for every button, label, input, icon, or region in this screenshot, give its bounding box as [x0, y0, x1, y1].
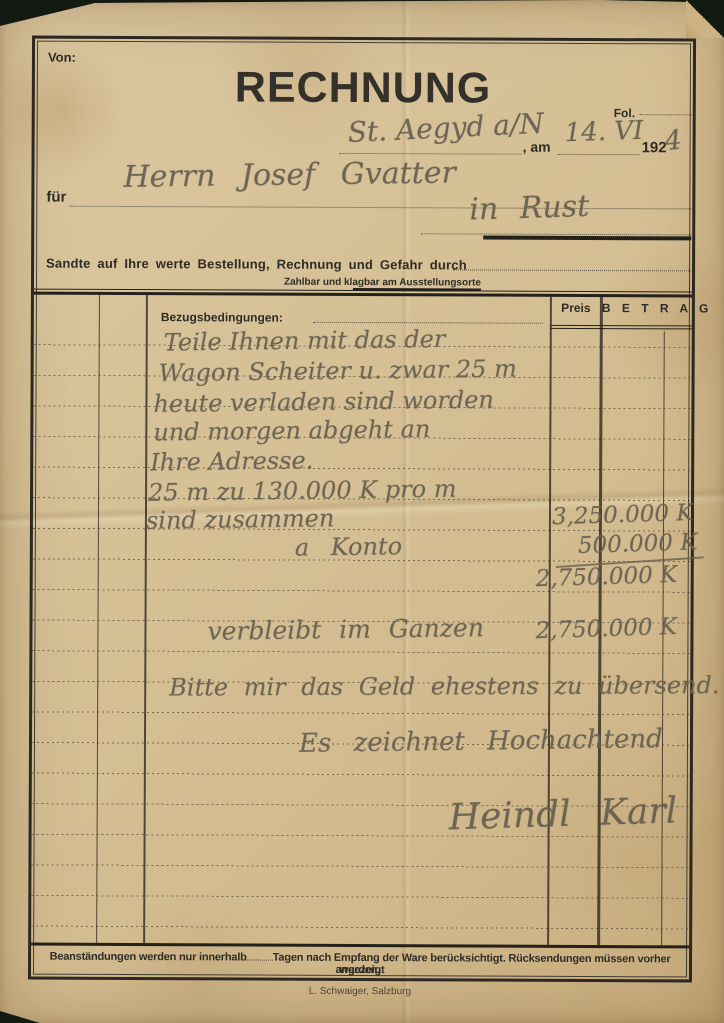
payable-note: Zahlbar und klagbar am Ausstellungsorte	[284, 277, 481, 289]
body-line-6: 25 m zu 130.000 K pro m	[148, 475, 457, 507]
handwritten-recipient: Herrn Josef Gvatter	[123, 156, 456, 195]
closing-line: Es zeichnet Hochachtend	[299, 724, 663, 759]
document-title: RECHNUNG	[235, 63, 492, 113]
body-line-8: a Konto	[295, 532, 403, 561]
body-line-2: Wagon Scheiter u. zwar 25 m	[158, 355, 517, 388]
amount-header: B E T R A G	[602, 301, 692, 315]
price-header: Preis	[551, 301, 601, 315]
body-line-4: und morgen abgeht an	[153, 415, 430, 447]
conditions-label: Bezugsbedingungen:	[161, 310, 283, 325]
body-line-7: sind zusammen	[146, 504, 335, 534]
invoice-form: Von: RECHNUNG Fol. St. Aegyd a/N , am 14…	[0, 0, 724, 1023]
signature: Heindl Karl	[448, 790, 678, 838]
complaints-part-1: Beanständungen werden nur innerhalb	[50, 951, 247, 964]
body-line-9: verbleibt im Ganzen	[207, 613, 484, 646]
recipient-label: für	[46, 189, 66, 206]
handwritten-day-month: 14. VI	[564, 116, 644, 148]
body-line-1: Teile Ihnen mit das der	[164, 325, 446, 357]
amount-total: 3,250.000 K	[552, 500, 694, 530]
payment-request-line: Bitte mir das Geld ehestens zu übersend.	[169, 671, 719, 701]
date-am-label: , am	[523, 139, 551, 155]
sender-label: Von:	[48, 50, 76, 65]
consignment-line: Sandte auf Ihre werte Bestellung, Rechnu…	[46, 256, 467, 273]
body-line-3: heute verladen sind worden	[153, 386, 494, 418]
amount-balance: 2,750.000 K	[535, 562, 677, 592]
amount-balance-final: 2,750.000 K	[535, 614, 677, 644]
printer-imprint: L. Schwaiger, Salzburg	[38, 985, 682, 999]
handwritten-recipient-place: in Rust	[469, 189, 590, 228]
year-printed: 192	[642, 139, 667, 156]
body-line-5: Ihre Adresse.	[150, 446, 313, 476]
handwritten-year-digit: 4	[663, 125, 683, 158]
amount-on-account: 500.000 K	[577, 529, 697, 559]
scanned-invoice-page: Von: RECHNUNG Fol. St. Aegyd a/N , am 14…	[0, 0, 724, 1023]
complaints-days-blank	[247, 951, 273, 961]
